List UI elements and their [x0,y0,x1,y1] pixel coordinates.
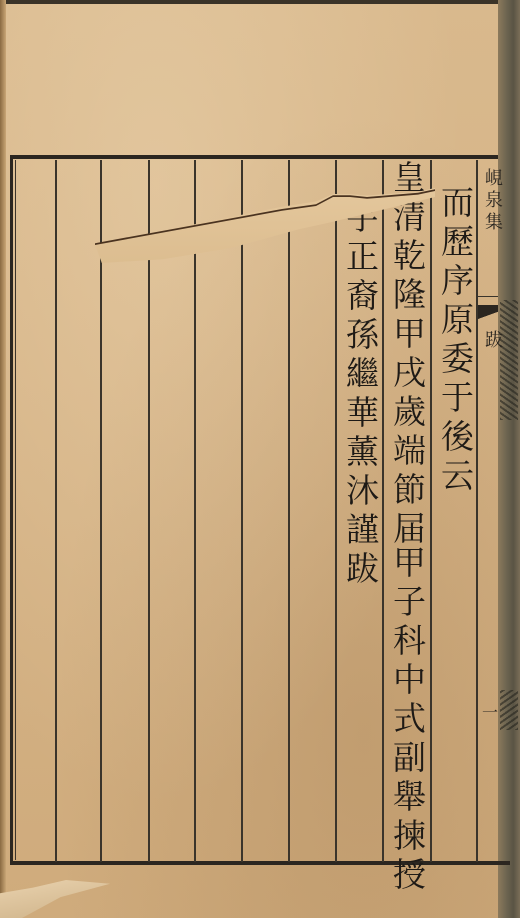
book-page: 峴泉集 跋 一 而歷序原委于後云 皇清乾隆甲戌歲端節届 甲子科中式副舉揀授 宇正… [0,0,520,918]
column-rule [335,160,337,862]
frame-border-left [10,155,13,865]
corner-damage [0,880,110,918]
book-spine [498,0,520,918]
page-left-edge [0,0,6,918]
book-title-fold: 峴泉集 [479,168,505,234]
column-rule [100,160,102,862]
column-rule [382,160,384,862]
column-rule [55,160,57,862]
column-rule [148,160,150,862]
text-column-3: 宇正裔孫繼華薰沐謹跋 [340,200,380,590]
text-column-1: 而歷序原委于後云 [435,185,475,497]
spine-ink-stain [500,300,518,420]
text-column-2-bottom: 甲子科中式副舉揀授 [387,545,427,896]
section-title-fold: 跋 [479,330,505,352]
page-number: 一 [482,700,498,723]
frame-border-bottom [10,861,510,865]
fish-tail-mark [478,305,498,323]
frame-border-left-inner [15,160,16,860]
paper-tear [95,188,435,263]
text-column-2-top: 皇清乾隆甲戌歲端節届 [387,160,427,550]
column-rule [430,160,432,862]
spine-ink-stain [500,690,518,730]
column-rule [194,160,196,862]
frame-border-top [10,155,498,159]
column-rule [476,160,478,862]
page-top-edge [0,0,520,4]
column-rule [288,160,290,862]
column-rule [241,160,243,862]
fold-separator [478,296,498,297]
